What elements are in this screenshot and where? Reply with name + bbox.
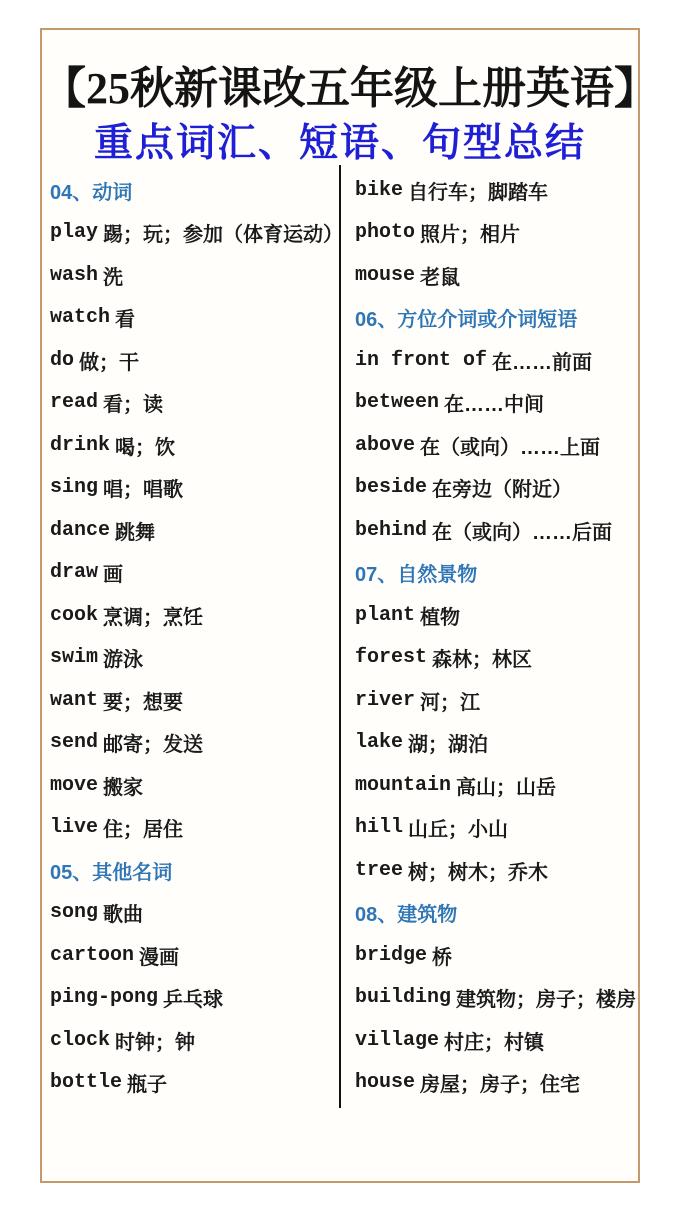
vocab-entry: building建筑物；房子；楼房 <box>355 977 638 1020</box>
chinese-meaning: 搬家 <box>103 771 143 800</box>
english-word: between <box>355 391 439 414</box>
english-word: wash <box>50 264 98 287</box>
english-word: song <box>50 901 98 924</box>
vocab-entry: swim游泳 <box>50 637 338 680</box>
english-word: play <box>50 221 98 244</box>
vocab-entry: behind在（或向）……后面 <box>355 509 638 552</box>
vocab-entry: forest森林；林区 <box>355 637 638 680</box>
vocab-entry: bridge桥 <box>355 934 638 977</box>
english-word: live <box>50 816 98 839</box>
english-word: watch <box>50 306 110 329</box>
vocab-columns: 04、动词play踢；玩；参加（体育运动）wash洗watch看do做；干rea… <box>42 169 638 1104</box>
english-word: behind <box>355 519 427 542</box>
chinese-meaning: 在……中间 <box>444 388 544 417</box>
page-title: 【25秋新课改五年级上册英语】 <box>42 52 638 116</box>
english-word: cook <box>50 604 98 627</box>
chinese-meaning: 植物 <box>420 601 460 630</box>
chinese-meaning: 看 <box>115 303 135 332</box>
section-header: 07、自然景物 <box>355 552 638 595</box>
vocab-entry: above在（或向）……上面 <box>355 424 638 467</box>
english-word: photo <box>355 221 415 244</box>
vocab-entry: song歌曲 <box>50 892 338 935</box>
english-word: draw <box>50 561 98 584</box>
vocab-entry: beside在旁边（附近） <box>355 467 638 510</box>
english-word: beside <box>355 476 427 499</box>
page-border-frame: 【25秋新课改五年级上册英语】 重点词汇、短语、句型总结 04、动词play踢；… <box>40 28 640 1183</box>
vocab-entry: bottle瓶子 <box>50 1062 338 1105</box>
vocab-entry: ping-pong乒乓球 <box>50 977 338 1020</box>
english-word: tree <box>355 859 403 882</box>
chinese-meaning: 湖；湖泊 <box>408 728 488 757</box>
vocab-entry: lake湖；湖泊 <box>355 722 638 765</box>
vocab-entry: bike自行车；脚踏车 <box>355 169 638 212</box>
english-word: sing <box>50 476 98 499</box>
vocab-entry: watch看 <box>50 297 338 340</box>
chinese-meaning: 做；干 <box>79 346 139 375</box>
vocab-entry: sing唱；唱歌 <box>50 467 338 510</box>
vocab-entry: cook烹调；烹饪 <box>50 594 338 637</box>
english-word: house <box>355 1071 415 1094</box>
section-header: 06、方位介词或介词短语 <box>355 297 638 340</box>
vocab-entry: mountain高山；山岳 <box>355 764 638 807</box>
chinese-meaning: 山丘；小山 <box>408 813 508 842</box>
page-subtitle: 重点词汇、短语、句型总结 <box>42 112 638 168</box>
chinese-meaning: 建筑物；房子；楼房 <box>456 983 636 1012</box>
english-word: bridge <box>355 944 427 967</box>
chinese-meaning: 在（或向）……后面 <box>432 516 612 545</box>
column-divider <box>339 165 341 1108</box>
left-column: 04、动词play踢；玩；参加（体育运动）wash洗watch看do做；干rea… <box>50 169 338 1104</box>
english-word: move <box>50 774 98 797</box>
english-word: want <box>50 689 98 712</box>
chinese-meaning: 瓶子 <box>127 1068 167 1097</box>
chinese-meaning: 在……前面 <box>492 346 592 375</box>
chinese-meaning: 自行车；脚踏车 <box>408 176 548 205</box>
vocab-entry: do做；干 <box>50 339 338 382</box>
english-word: dance <box>50 519 110 542</box>
english-word: send <box>50 731 98 754</box>
chinese-meaning: 画 <box>103 558 123 587</box>
chinese-meaning: 在（或向）……上面 <box>420 431 600 460</box>
vocab-entry: send邮寄；发送 <box>50 722 338 765</box>
vocab-entry: tree树；树木；乔木 <box>355 849 638 892</box>
vocab-entry: live住；居住 <box>50 807 338 850</box>
english-word: in front of <box>355 349 487 372</box>
vocab-entry: mouse老鼠 <box>355 254 638 297</box>
chinese-meaning: 河；江 <box>420 686 480 715</box>
chinese-meaning: 乒乓球 <box>163 983 223 1012</box>
english-word: read <box>50 391 98 414</box>
english-word: swim <box>50 646 98 669</box>
chinese-meaning: 在旁边（附近） <box>432 473 572 502</box>
vocab-entry: read看；读 <box>50 382 338 425</box>
vocab-entry: hill山丘；小山 <box>355 807 638 850</box>
chinese-meaning: 漫画 <box>139 941 179 970</box>
english-word: village <box>355 1029 439 1052</box>
vocab-entry: move搬家 <box>50 764 338 807</box>
vocab-entry: river河；江 <box>355 679 638 722</box>
chinese-meaning: 高山；山岳 <box>456 771 556 800</box>
english-word: plant <box>355 604 415 627</box>
english-word: above <box>355 434 415 457</box>
vocab-entry: play踢；玩；参加（体育运动） <box>50 212 338 255</box>
chinese-meaning: 踢；玩；参加（体育运动） <box>103 218 343 247</box>
chinese-meaning: 烹调；烹饪 <box>103 601 203 630</box>
english-word: hill <box>355 816 403 839</box>
chinese-meaning: 住；居住 <box>103 813 183 842</box>
vocab-entry: photo照片；相片 <box>355 212 638 255</box>
vocab-entry: dance跳舞 <box>50 509 338 552</box>
english-word: bottle <box>50 1071 122 1094</box>
chinese-meaning: 树；树木；乔木 <box>408 856 548 885</box>
chinese-meaning: 照片；相片 <box>420 218 520 247</box>
english-word: mountain <box>355 774 451 797</box>
section-header: 05、其他名词 <box>50 849 338 892</box>
english-word: ping-pong <box>50 986 158 1009</box>
right-column: bike自行车；脚踏车photo照片；相片mouse老鼠06、方位介词或介词短语… <box>355 169 638 1104</box>
chinese-meaning: 游泳 <box>103 643 143 672</box>
vocab-entry: between在……中间 <box>355 382 638 425</box>
vocab-entry: house房屋；房子；住宅 <box>355 1062 638 1105</box>
chinese-meaning: 桥 <box>432 941 452 970</box>
chinese-meaning: 唱；唱歌 <box>103 473 183 502</box>
chinese-meaning: 老鼠 <box>420 261 460 290</box>
english-word: river <box>355 689 415 712</box>
chinese-meaning: 跳舞 <box>115 516 155 545</box>
section-header: 04、动词 <box>50 169 338 212</box>
vocab-entry: clock时钟；钟 <box>50 1019 338 1062</box>
section-header: 08、建筑物 <box>355 892 638 935</box>
chinese-meaning: 喝；饮 <box>115 431 175 460</box>
chinese-meaning: 歌曲 <box>103 898 143 927</box>
english-word: do <box>50 349 74 372</box>
english-word: bike <box>355 179 403 202</box>
chinese-meaning: 村庄；村镇 <box>444 1026 544 1055</box>
vocab-entry: drink喝；饮 <box>50 424 338 467</box>
english-word: forest <box>355 646 427 669</box>
page: 【25秋新课改五年级上册英语】 重点词汇、短语、句型总结 04、动词play踢；… <box>0 0 680 1209</box>
chinese-meaning: 时钟；钟 <box>115 1026 195 1055</box>
chinese-meaning: 森林；林区 <box>432 643 532 672</box>
chinese-meaning: 邮寄；发送 <box>103 728 203 757</box>
vocab-entry: draw画 <box>50 552 338 595</box>
chinese-meaning: 房屋；房子；住宅 <box>420 1068 580 1097</box>
vocab-entry: want要；想要 <box>50 679 338 722</box>
english-word: lake <box>355 731 403 754</box>
chinese-meaning: 洗 <box>103 261 123 290</box>
chinese-meaning: 要；想要 <box>103 686 183 715</box>
english-word: clock <box>50 1029 110 1052</box>
english-word: building <box>355 986 451 1009</box>
english-word: drink <box>50 434 110 457</box>
english-word: mouse <box>355 264 415 287</box>
vocab-entry: plant植物 <box>355 594 638 637</box>
vocab-entry: village村庄；村镇 <box>355 1019 638 1062</box>
english-word: cartoon <box>50 944 134 967</box>
vocab-entry: wash洗 <box>50 254 338 297</box>
vocab-entry: cartoon漫画 <box>50 934 338 977</box>
vocab-entry: in front of在……前面 <box>355 339 638 382</box>
chinese-meaning: 看；读 <box>103 388 163 417</box>
